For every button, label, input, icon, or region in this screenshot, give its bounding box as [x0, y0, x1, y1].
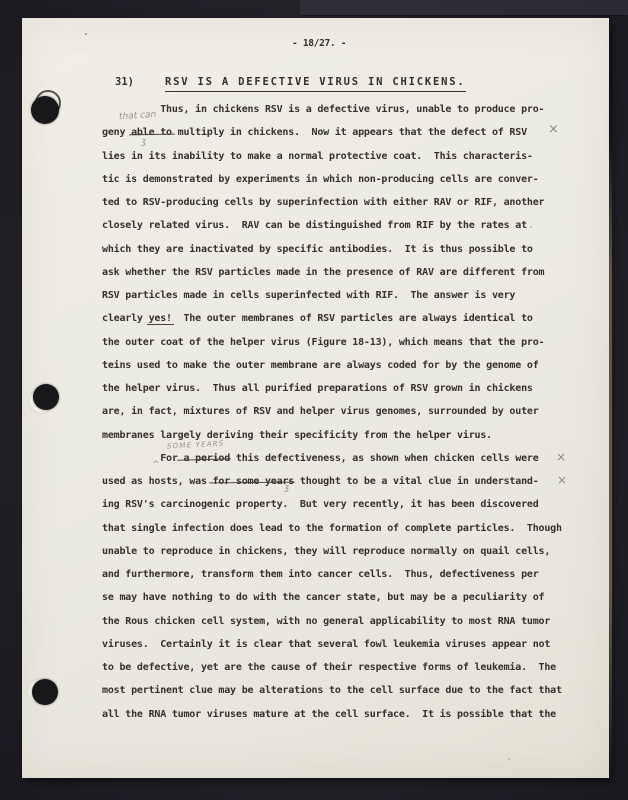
typed-line: teins used to make the outer membrane ar… [102, 354, 582, 377]
typed-line: viruses. Certainly it is clear that seve… [102, 633, 582, 656]
dust-speck [508, 758, 510, 760]
typed-line: are, in fact, mixtures of RSV and helper… [102, 400, 582, 423]
typed-line: to be defective, yet are the cause of th… [102, 656, 582, 679]
typed-line: clearly yes! The outer membranes of RSV … [102, 307, 582, 330]
hole-punch-middle [33, 384, 59, 410]
typed-line: ask whether the RSV particles made in th… [102, 261, 582, 284]
typed-line: which they are inactivated by specific a… [102, 238, 582, 261]
section-title: RSV IS A DEFECTIVE VIRUS IN CHICKENS. [165, 76, 466, 92]
typed-line: se may have nothing to do with the cance… [102, 586, 582, 609]
hole-punch-top [31, 96, 59, 124]
typed-line: ted to RSV-producing cells by superinfec… [102, 191, 582, 214]
section-heading: 31) RSV IS A DEFECTIVE VIRUS IN CHICKENS… [0, 76, 628, 96]
page-number: - 18/27. - [292, 38, 346, 49]
typed-line: membranes largely deriving their specifi… [102, 424, 582, 447]
hole-punch-bottom [32, 679, 58, 705]
typed-line: tic is demonstrated by experiments in wh… [102, 168, 582, 191]
typed-line: closely related virus. RAV can be distin… [102, 214, 582, 237]
typed-line: the Rous chicken cell system, with no ge… [102, 610, 582, 633]
typed-line: and furthermore, transform them into can… [102, 563, 582, 586]
typed-body: Thus, in chickens RSV is a defective vir… [102, 98, 582, 726]
typed-line: RSV particles made in cells superinfecte… [102, 284, 582, 307]
typed-line: most pertinent clue may be alterations t… [102, 679, 582, 702]
dust-speck [85, 33, 87, 35]
typed-line: For a period this defectiveness, as show… [102, 447, 582, 470]
typed-line: Thus, in chickens RSV is a defective vir… [102, 98, 582, 121]
typed-line: ing RSV's carcinogenic property. But ver… [102, 493, 582, 516]
typed-line: geny able to multiply in chickens. Now i… [102, 121, 582, 144]
typed-line: that single infection does lead to the f… [102, 517, 582, 540]
typed-line: unable to reproduce in chickens, they wi… [102, 540, 582, 563]
scan-background: - 18/27. - 31) RSV IS A DEFECTIVE VIRUS … [0, 0, 628, 800]
typed-line: lies in its inability to make a normal p… [102, 145, 582, 168]
scanner-top-band [300, 0, 628, 16]
typed-line: all the RNA tumor viruses mature at the … [102, 703, 582, 726]
typed-line: used as hosts, was for some years though… [102, 470, 582, 493]
typed-line: the helper virus. Thus all purified prep… [102, 377, 582, 400]
typed-line: the outer coat of the helper virus (Figu… [102, 331, 582, 354]
section-number: 31) [115, 76, 134, 88]
